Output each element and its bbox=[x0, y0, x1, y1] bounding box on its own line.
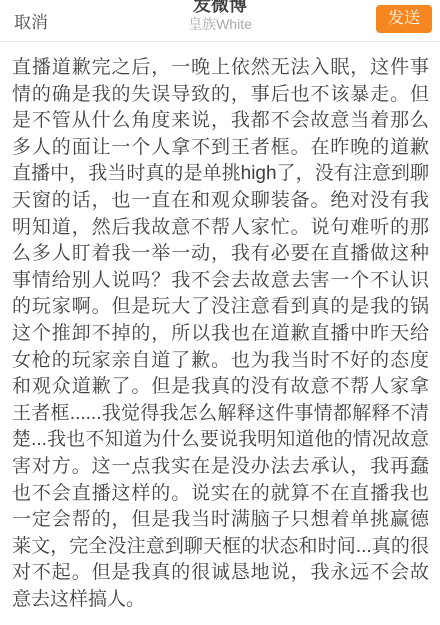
compose-screen: 取消 发微博 皇族White 发送 直播道歉完之后，一晚上依然无法入眠，这件事情… bbox=[0, 0, 440, 625]
account-name: 皇族White bbox=[90, 16, 350, 32]
cancel-button[interactable]: 取消 bbox=[14, 8, 48, 33]
page-title: 发微博 bbox=[90, 0, 350, 16]
compose-header: 取消 发微博 皇族White 发送 bbox=[0, 0, 440, 42]
header-title-group: 发微博 皇族White bbox=[90, 0, 350, 32]
compose-textarea[interactable]: 直播道歉完之后，一晚上依然无法入眠，这件事情的确是我的失误导致的，事后也不该暴走… bbox=[0, 42, 440, 613]
send-button[interactable]: 发送 bbox=[376, 5, 432, 33]
